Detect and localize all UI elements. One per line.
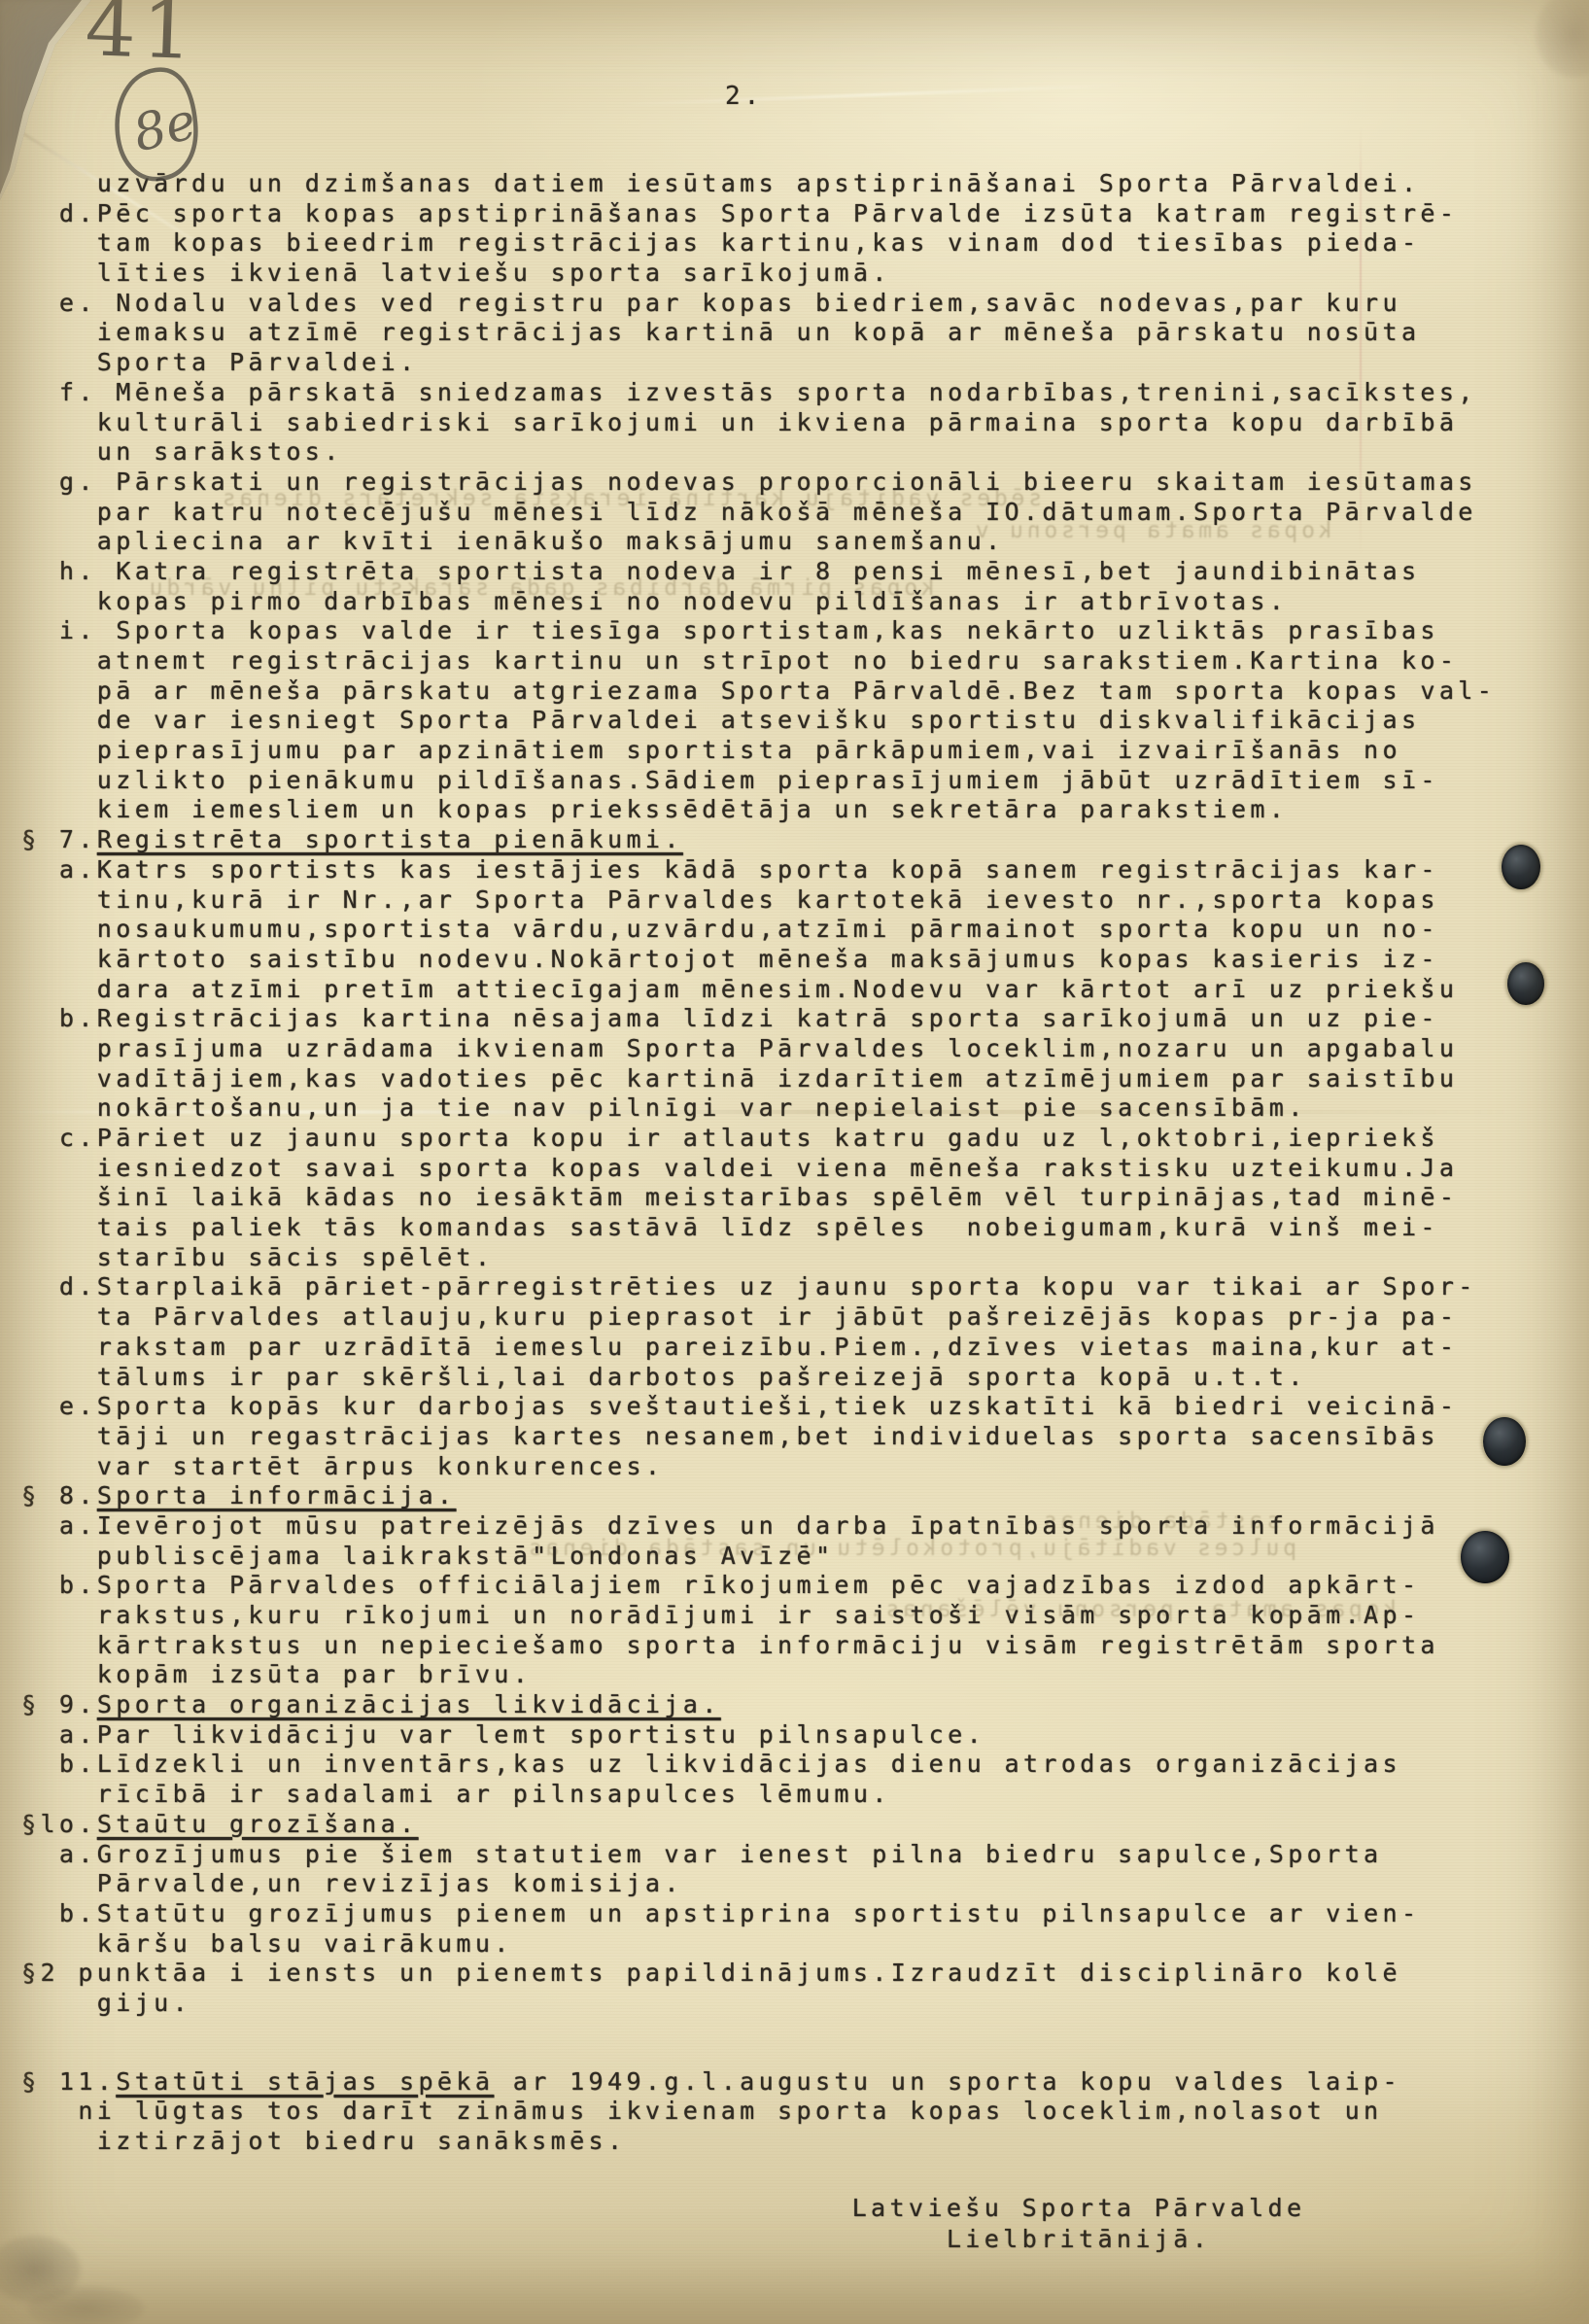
- closing-signature-block: Latviešu Sporta Pārvalde Lielbritānijā.: [849, 2193, 1308, 2254]
- text-line: iemaksu atzīmē registrācijas kartinā un …: [21, 318, 1576, 348]
- section-title: Sporta organizācijas likvidācija.: [97, 1690, 721, 1718]
- text-line: giju.: [21, 1989, 1576, 2019]
- text-line: pieprasījumu par apzinātiem sportista pā…: [21, 736, 1576, 766]
- text-line: publiscējama laikrakstā"Londonas Avīzē": [21, 1542, 1576, 1572]
- text-line: vadītājiem,kas vadoties pēc kartinā izda…: [21, 1064, 1576, 1094]
- paper-stain: [1536, 0, 1589, 78]
- text-line: rakstus,kuru rīkojumi un norādījumi ir s…: [21, 1601, 1576, 1631]
- text-line: a.Katrs sportists kas iestājies kādā spo…: [21, 855, 1576, 885]
- text-line: kopām izsūta par brīvu.: [21, 1660, 1576, 1690]
- text-line: tinu,kurā ir Nr.,ar Sporta Pārvaldes kar…: [21, 885, 1576, 916]
- text-line: pā ar mēneša pārskatu atgriezama Sporta …: [21, 676, 1576, 707]
- text-line: kārtoto saistību nodevu.Nokārtojot mēneš…: [21, 945, 1576, 975]
- paper-stain: [27, 2286, 144, 2324]
- text-line: kopas pirmo darbības mēnesi no nodevu pi…: [21, 587, 1576, 617]
- text-line: uzvārdu un dzimšanas datiem iesūtams aps…: [21, 169, 1576, 199]
- section-heading: §lo.Staūtu grozīšana.: [21, 1810, 1576, 1840]
- text-line: līties ikvienā latviešu sporta sarīkojum…: [21, 259, 1576, 289]
- text-line: dara atzīmi pretīm attiecīgajam mēnesim.…: [21, 975, 1576, 1005]
- text-line: g. Pārskati un registrācijas nodevas pro…: [21, 468, 1576, 498]
- text-line: šinī laikā kādas no iesāktām meistarības…: [21, 1183, 1576, 1213]
- handwritten-page-number: 41: [80, 0, 196, 66]
- text-line: starību sācis spēlēt.: [21, 1243, 1576, 1273]
- text-line: d.Starplaikā pāriet-pārregistrēties uz j…: [21, 1272, 1576, 1302]
- text-line: nokārtošanu,un ja tie nav pilnīgi var ne…: [21, 1093, 1576, 1124]
- text-line: rīcībā ir sadalami ar pilnsapulces lēmum…: [21, 1780, 1576, 1810]
- handwritten-number-text: 41: [84, 0, 196, 66]
- text-line: nosaukumumu,sportista vārdu,uzvārdu,atzī…: [21, 915, 1576, 945]
- section-title: Sporta informācija.: [97, 1481, 457, 1509]
- text-line: §2 punktāa i iensts un pienemts papildin…: [21, 1959, 1576, 1989]
- text-line: apliecina ar kvīti ienākušo maksājumu sa…: [21, 527, 1576, 557]
- section-heading: § 11.Statūti stājas spēkā ar 1949.g.l.au…: [21, 2067, 1576, 2098]
- text-line: a.Ievērojot mūsu patreizējās dzīves un d…: [21, 1511, 1576, 1542]
- paragraph-gap: [21, 2019, 1576, 2067]
- document-text: uzvārdu un dzimšanas datiem iesūtams aps…: [21, 169, 1576, 2157]
- text-line: Pārvalde,un revizījas komisija.: [21, 1869, 1576, 1899]
- section-title: Statūti stājas spēkā: [116, 2067, 494, 2096]
- section-number: § 9.: [21, 1690, 97, 1718]
- text-line: iesniedzot savai sporta kopas valdei vie…: [21, 1154, 1576, 1184]
- text-line: i. Sporta kopas valde ir tiesīga sportis…: [21, 616, 1576, 646]
- text-line: h. Katra registrēta sportista nodeva ir …: [21, 557, 1576, 587]
- text-line: b.Statūtu grozījumus pienem un apstiprin…: [21, 1899, 1576, 1929]
- text-line: un sarākstos.: [21, 437, 1576, 468]
- text-line: par katru notecējušu mēnesi līdz nākošā …: [21, 498, 1576, 528]
- paper-crease: [622, 84, 1127, 106]
- text-line: ta Pārvaldes atlauju,kuru pieprasot ir j…: [21, 1302, 1576, 1333]
- section-title: Registrēta sportista pienākumi.: [97, 825, 683, 853]
- section-heading: § 9.Sporta organizācijas likvidācija.: [21, 1690, 1576, 1720]
- text-line: f. Mēneša pārskatā sniedzamas izvestās s…: [21, 378, 1576, 408]
- text-line: e.Sporta kopās kur darbojas sveštautieši…: [21, 1392, 1576, 1422]
- text-line: a.Grozījumus pie šiem statutiem var iene…: [21, 1840, 1576, 1870]
- text-line: tam kopas bieedrim registrācijas kartinu…: [21, 228, 1576, 259]
- text-line: c.Pāriet uz jaunu sporta kopu ir atlauts…: [21, 1124, 1576, 1154]
- text-line: var startēt ārpus konkurences.: [21, 1452, 1576, 1482]
- section-number: § 8.: [21, 1481, 97, 1509]
- section-heading-rest: ar 1949.g.l.augustu un sporta kopu valde…: [494, 2067, 1401, 2096]
- footer-organization: Latviešu Sporta Pārvalde: [849, 2193, 1308, 2224]
- scanned-page: { "page": { "number": "2.", "annotations…: [0, 0, 1589, 2324]
- text-line: tais paliek tās komandas sastāvā līdz sp…: [21, 1213, 1576, 1243]
- footer-location: Lielbritānijā.: [849, 2224, 1308, 2255]
- section-heading: § 7.Registrēta sportista pienākumi.: [21, 825, 1576, 855]
- text-line: a.Par likvidāciju var lemt sportistu pil…: [21, 1720, 1576, 1751]
- section-heading: § 8.Sporta informācija.: [21, 1481, 1576, 1511]
- page-number: 2.: [725, 82, 763, 111]
- text-line: kulturāli sabiedriski sarīkojumi un ikvi…: [21, 408, 1576, 438]
- text-line: b.Registrācijas kartina nēsajama līdzi k…: [21, 1004, 1576, 1034]
- text-line: b.Līdzekli un inventārs,kas uz likvidāci…: [21, 1750, 1576, 1780]
- text-line: prasījuma uzrādama ikvienam Sporta Pārva…: [21, 1034, 1576, 1064]
- section-title: Staūtu grozīšana.: [97, 1810, 419, 1838]
- text-line: kiem iemesliem un kopas priekssēdētāja u…: [21, 795, 1576, 825]
- text-line: tāji un regastrācijas kartes nesanem,bet…: [21, 1422, 1576, 1452]
- pencil-circle-mark: 8e: [103, 62, 220, 194]
- text-line: rakstam par uzrādītā iemeslu pareizību.P…: [21, 1333, 1576, 1363]
- text-line: iztirzājot biedru sanāksmēs.: [21, 2127, 1576, 2157]
- text-line: kāršu balsu vairākumu.: [21, 1929, 1576, 1960]
- text-line: e. Nodalu valdes ved registru par kopas …: [21, 289, 1576, 319]
- text-line: ni lūgtas tos darīt zināmus ikvienam spo…: [21, 2097, 1576, 2127]
- text-line: uzlikto pienākumu pildīšanas.Sādiem piep…: [21, 766, 1576, 796]
- section-number: § 11.: [21, 2067, 116, 2096]
- text-line: atnemt registrācijas kartinu un strīpot …: [21, 646, 1576, 676]
- text-line: kārtrakstus un nepieciešamo sporta infor…: [21, 1631, 1576, 1661]
- text-line: de var iesniegt Sporta Pārvaldei atseviš…: [21, 706, 1576, 736]
- section-number: §lo.: [21, 1810, 97, 1838]
- text-line: tālums ir par skēršli,lai darbotos pašre…: [21, 1363, 1576, 1393]
- text-line: Sporta Pārvaldei.: [21, 348, 1576, 378]
- section-number: § 7.: [21, 825, 97, 853]
- text-line: b.Sporta Pārvaldes officiālajiem rīkojum…: [21, 1571, 1576, 1601]
- text-line: d.Pēc sporta kopas apstiprināšanas Sport…: [21, 199, 1576, 229]
